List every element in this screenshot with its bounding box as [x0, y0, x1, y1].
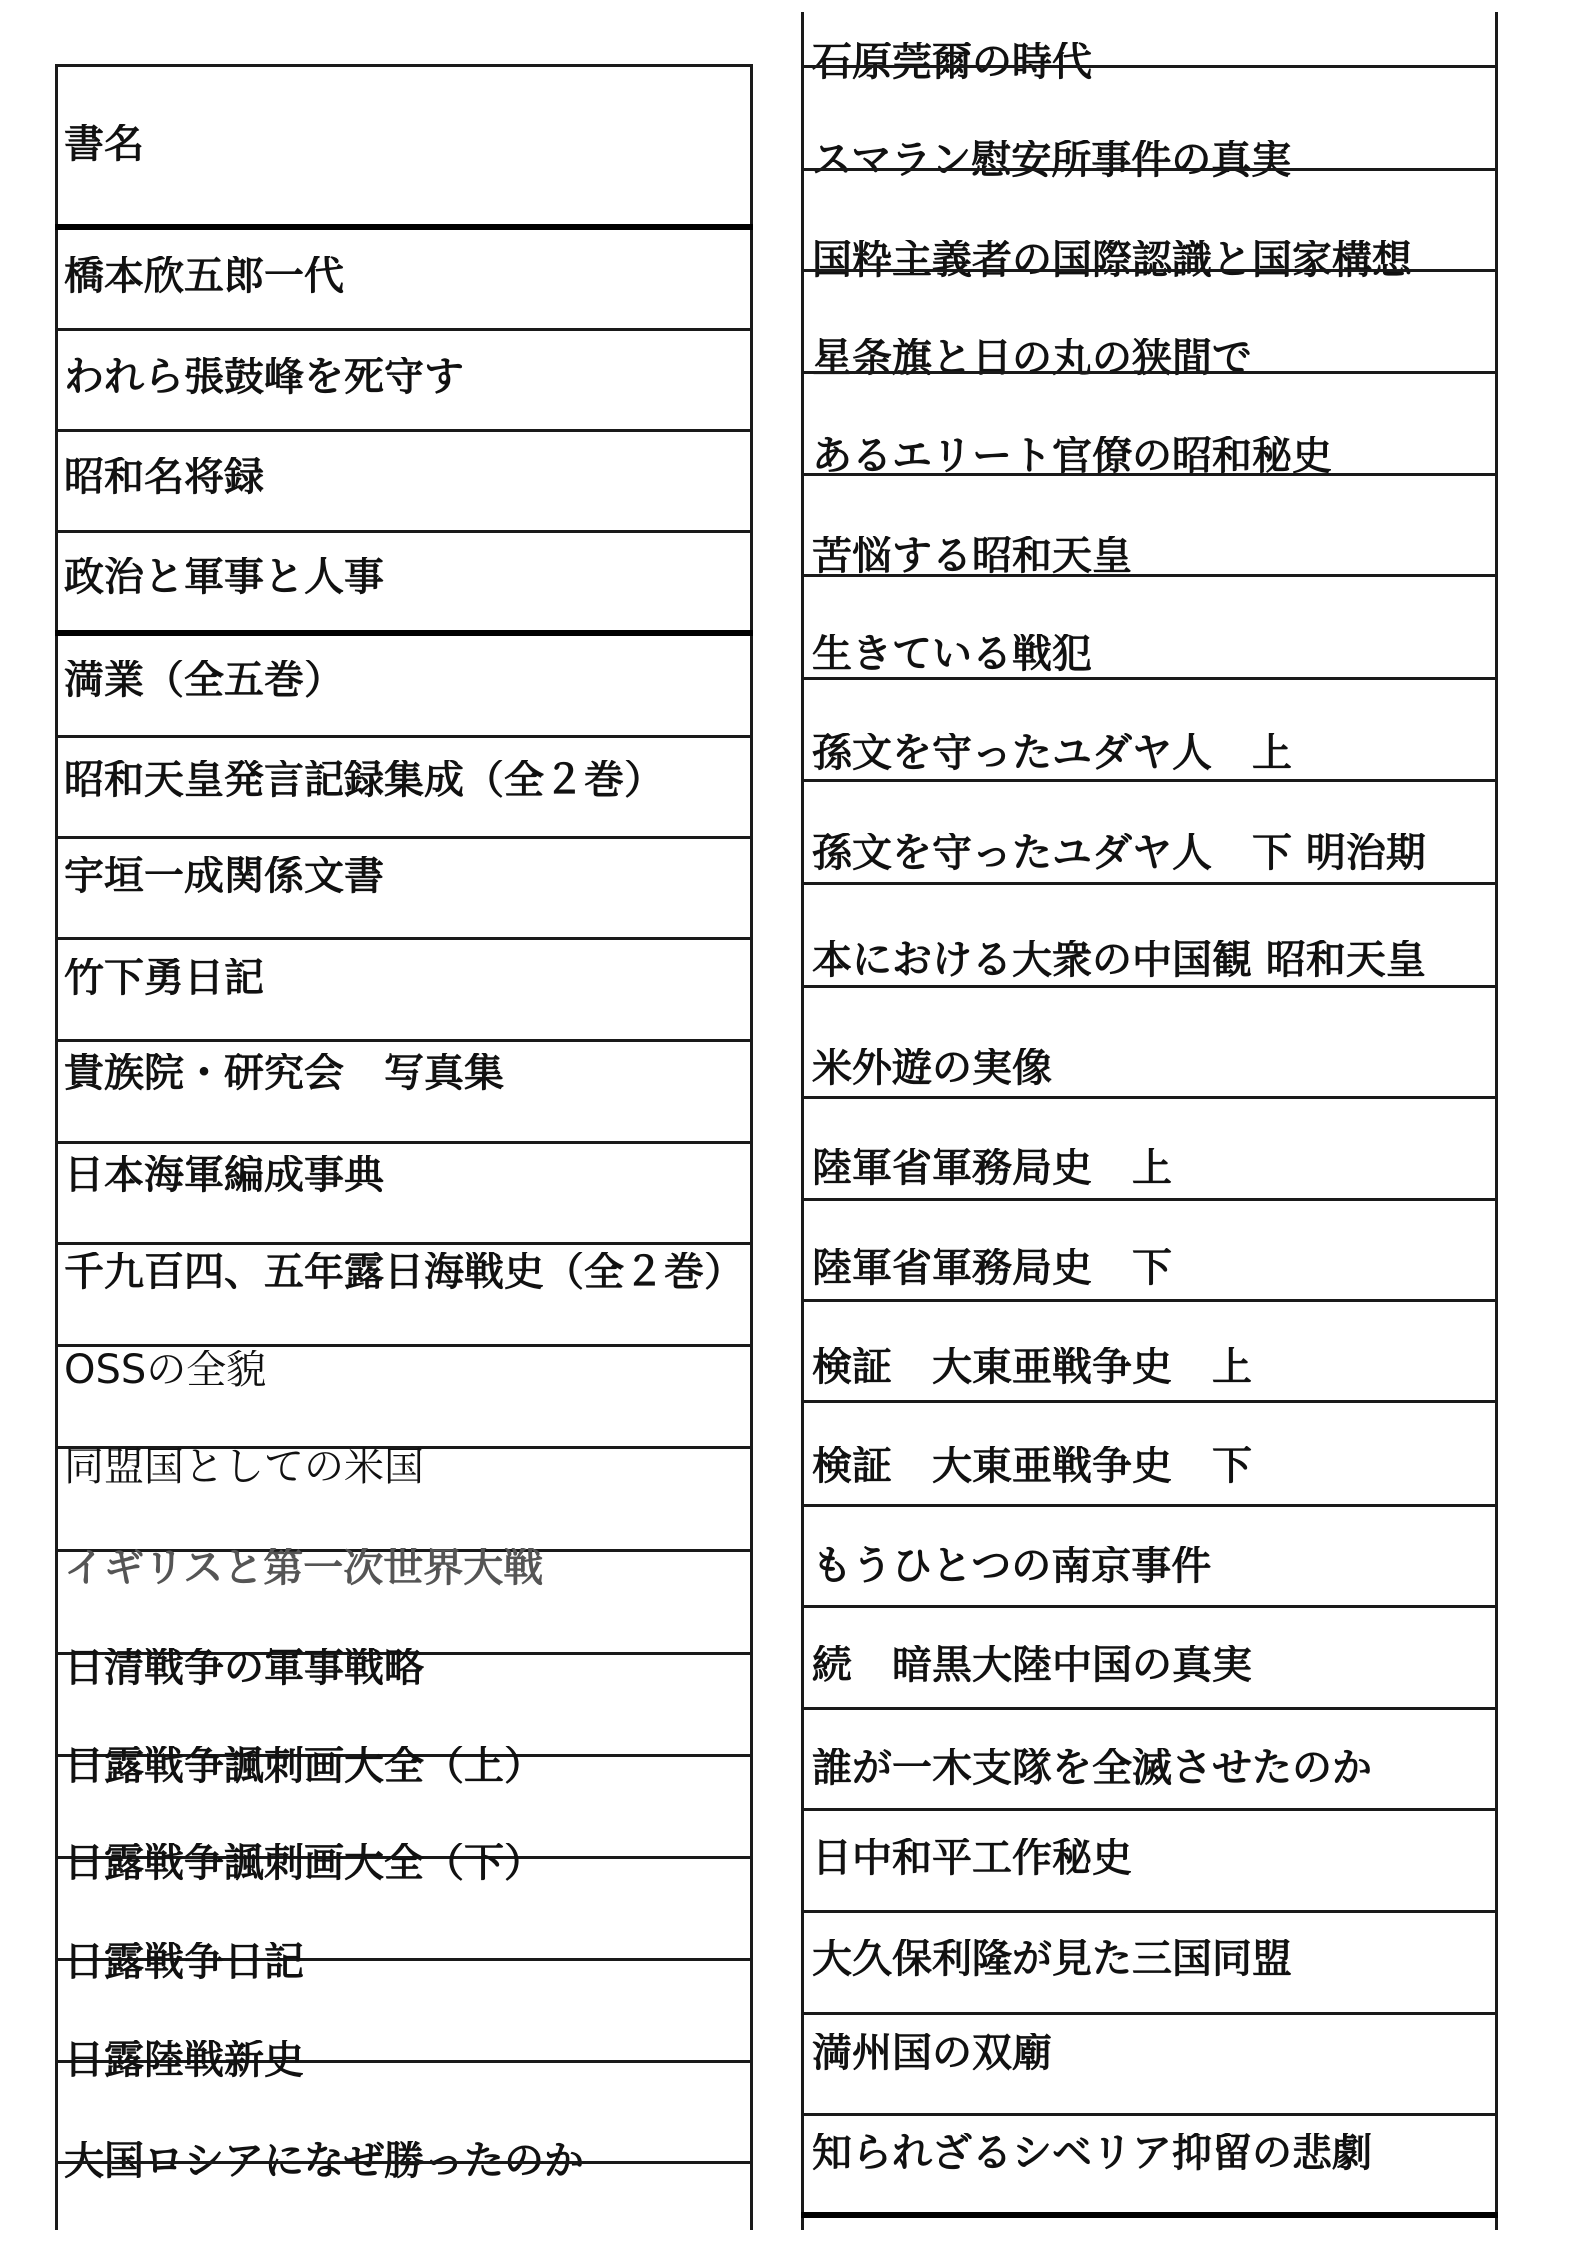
table-row: 検証 大東亜戦争史 下	[812, 1446, 1252, 1486]
row-divider	[801, 1707, 1498, 1710]
row-divider	[55, 1344, 753, 1347]
table-row: 知られざるシベリア抑留の悲劇	[812, 2133, 1372, 2173]
row-divider	[55, 735, 753, 738]
row-divider	[801, 2012, 1498, 2015]
table-row: 昭和名将録	[64, 457, 264, 497]
header-divider	[55, 224, 753, 230]
row-divider	[801, 882, 1498, 885]
row-divider	[55, 530, 753, 533]
left-book-table: 書名 橋本欣五郎一代 われら張鼓峰を死守す 昭和名将録 政治と軍事と人事 満業（…	[0, 0, 790, 2245]
table-row: 満州国の双廟	[812, 2033, 1052, 2073]
table-row: 日清戦争の軍事戦略	[64, 1648, 424, 1688]
row-divider	[801, 1605, 1498, 1608]
table-row: 石原莞爾の時代	[812, 42, 1092, 82]
row-divider	[55, 630, 753, 636]
row-divider	[801, 168, 1498, 171]
right-table-left-border	[801, 12, 804, 2230]
row-divider	[801, 574, 1498, 577]
table-row: 陸軍省軍務局史 上	[812, 1148, 1172, 1188]
table-row: 満業（全五巻）	[64, 660, 344, 700]
left-table-top-border	[55, 64, 753, 67]
table-row: 宇垣一成関係文書	[64, 856, 384, 896]
row-divider	[801, 1910, 1498, 1913]
table-row: スマラン慰安所事件の真実	[812, 140, 1291, 180]
table-row: 米外遊の実像	[812, 1048, 1052, 1088]
row-divider	[801, 65, 1498, 68]
row-divider	[801, 1400, 1498, 1403]
table-row: 生きている戦犯	[812, 634, 1092, 674]
table-row: 苦悩する昭和天皇	[812, 536, 1132, 576]
table-row: 千九百四、五年露日海戦史（全２巻）	[64, 1252, 750, 1292]
row-divider	[801, 1096, 1498, 1099]
table-row: われら張鼓峰を死守す	[64, 357, 464, 397]
row-divider	[801, 779, 1498, 782]
table-row: 陸軍省軍務局史 下	[812, 1248, 1172, 1288]
table-row: 誰が一木支隊を全滅させたのか	[812, 1748, 1372, 1788]
table-row: 国粋主義者の国際認識と国家構想	[812, 240, 1412, 280]
table-row: 孫文を守ったユダヤ人 下 明治期	[812, 833, 1495, 873]
right-book-table: 石原莞爾の時代 スマラン慰安所事件の真実 国粋主義者の国際認識と国家構想 星条旗…	[790, 0, 1587, 2245]
table-row: 大久保利隆が見た三国同盟	[812, 1939, 1292, 1979]
table-row: 貴族院・研究会 写真集	[64, 1053, 504, 1093]
row-divider	[55, 328, 753, 331]
row-divider	[801, 473, 1498, 476]
table-row: 日中和平工作秘史	[812, 1838, 1132, 1878]
row-divider	[801, 2113, 1498, 2116]
row-divider	[55, 429, 753, 432]
table-row: 続 暗黒大陸中国の真実	[812, 1645, 1252, 1685]
row-divider	[55, 2161, 753, 2164]
table-row: 日露戦争諷刺画大全（上）	[64, 1746, 544, 1786]
row-divider	[55, 1242, 753, 1245]
table-row: 昭和天皇発言記録集成（全２巻）	[64, 760, 664, 800]
table-row: 政治と軍事と人事	[64, 557, 384, 597]
row-divider	[801, 1299, 1498, 1302]
table-row: 日露戦争日記	[64, 1942, 304, 1982]
row-divider	[801, 1808, 1498, 1811]
column-header-title: 書名	[64, 124, 144, 164]
table-row: OSSの全貌	[64, 1350, 266, 1390]
left-table-right-border	[750, 65, 753, 2230]
table-row: 孫文を守ったユダヤ人 上	[812, 733, 1292, 773]
right-table-right-border	[1495, 12, 1498, 2230]
table-row: イギリスと第一次世界大戦	[64, 1548, 543, 1588]
table-row: 検証 大東亜戦争史 上	[812, 1347, 1252, 1387]
table-row: 本における大衆の中国観 昭和天皇	[812, 940, 1495, 980]
row-divider	[801, 269, 1498, 272]
table-row: 竹下勇日記	[64, 958, 264, 998]
table-row: 橋本欣五郎一代	[64, 256, 344, 296]
left-table-left-border	[55, 65, 58, 2230]
table-row: あるエリート官僚の昭和秘史	[812, 436, 1332, 476]
table-row: もうひとつの南京事件	[812, 1546, 1211, 1586]
table-row: 日露戦争諷刺画大全（下）	[64, 1843, 544, 1883]
row-divider	[801, 677, 1498, 680]
row-divider	[801, 2212, 1498, 2218]
row-divider	[55, 1141, 753, 1144]
row-divider	[801, 985, 1498, 988]
row-divider	[801, 1198, 1498, 1201]
table-row: 同盟国としての米国	[64, 1447, 424, 1487]
table-row: 日本海軍編成事典	[64, 1155, 384, 1195]
row-divider	[801, 371, 1498, 374]
row-divider	[55, 836, 753, 839]
row-divider	[55, 1039, 753, 1042]
row-divider	[55, 937, 753, 940]
row-divider	[801, 1504, 1498, 1507]
table-row: 日露陸戦新史	[64, 2040, 304, 2080]
